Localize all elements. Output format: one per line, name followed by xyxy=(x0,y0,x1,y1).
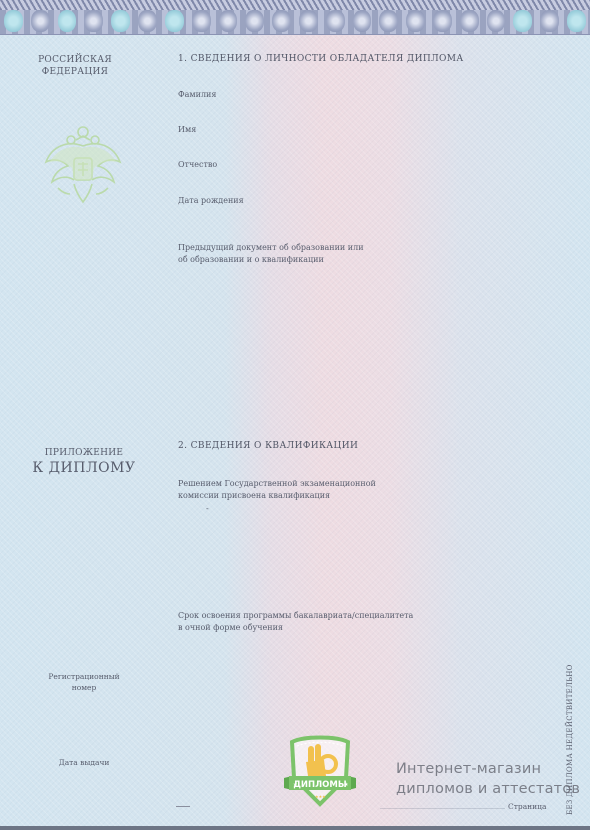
issue-date-label: Дата выдачи xyxy=(40,758,128,767)
study-duration-label-line-2: в очной форме обучения xyxy=(178,622,283,634)
svg-text:★★★: ★★★ xyxy=(315,794,326,799)
study-duration-label-line-1: Срок освоения программы бакалавриата/спе… xyxy=(178,610,413,622)
country-title: РОССИЙСКАЯ ФЕДЕРАЦИЯ xyxy=(30,54,120,78)
qualification-label-line-2: комиссии присвоена квалификация xyxy=(178,490,330,502)
diploma-supplement-page: РОССИЙСКАЯ ФЕДЕРАЦИЯ ПРИЛОЖЕНИ xyxy=(0,0,590,830)
supplement-line-2: К ДИПЛОМУ xyxy=(30,460,138,476)
registration-line-2: номер xyxy=(40,682,128,693)
page-number-line xyxy=(380,808,505,809)
previous-document-label-line-2: об образовании и о квалификации xyxy=(178,254,324,266)
watermark-line-2: дипломов и аттестатов xyxy=(396,779,580,799)
qualification-label-line-1: Решением Государственной экзаменационной xyxy=(178,478,376,490)
section-2-title: 2. СВЕДЕНИЯ О КВАЛИФИКАЦИИ xyxy=(178,441,358,451)
registration-line-1: Регистрационный xyxy=(40,671,128,682)
logo-text: ДИПЛОМЫ xyxy=(293,780,347,790)
name-label: Имя xyxy=(178,124,196,136)
watermark-text: Интернет-магазин дипломов и аттестатов xyxy=(396,759,580,799)
country-line-2: ФЕДЕРАЦИЯ xyxy=(30,66,120,78)
double-headed-eagle-emblem-icon xyxy=(38,118,128,208)
left-column: РОССИЙСКАЯ ФЕДЕРАЦИЯ ПРИЛОЖЕНИ xyxy=(0,0,160,830)
registration-number-label: Регистрационный номер xyxy=(40,671,128,693)
qualification-value: - xyxy=(206,503,209,515)
supplement-title: ПРИЛОЖЕНИЕ К ДИПЛОМУ xyxy=(30,448,138,476)
rosette-ornament xyxy=(567,10,586,32)
watermark-line-1: Интернет-магазин xyxy=(396,759,580,779)
scan-bottom-edge xyxy=(0,826,590,830)
surname-label: Фамилия xyxy=(178,89,216,101)
patronymic-label: Отчество xyxy=(178,159,217,171)
ok-hand-shield-icon: ДИПЛОМЫ ★ ★ ★★★ xyxy=(284,734,356,808)
country-line-1: РОССИЙСКАЯ xyxy=(30,54,120,66)
svg-text:★: ★ xyxy=(344,782,349,788)
birth-date-label: Дата рождения xyxy=(178,195,244,207)
supplement-line-1: ПРИЛОЖЕНИЕ xyxy=(30,448,138,458)
svg-text:★: ★ xyxy=(293,782,298,788)
bottom-tick-mark xyxy=(176,806,190,807)
main-column: 1. СВЕДЕНИЯ О ЛИЧНОСТИ ОБЛАДАТЕЛЯ ДИПЛОМ… xyxy=(178,0,548,830)
previous-document-label-line-1: Предыдущий документ об образовании или xyxy=(178,242,364,254)
page-label: Страница xyxy=(508,802,546,811)
section-1-title: 1. СВЕДЕНИЯ О ЛИЧНОСТИ ОБЛАДАТЕЛЯ ДИПЛОМ… xyxy=(178,54,464,64)
